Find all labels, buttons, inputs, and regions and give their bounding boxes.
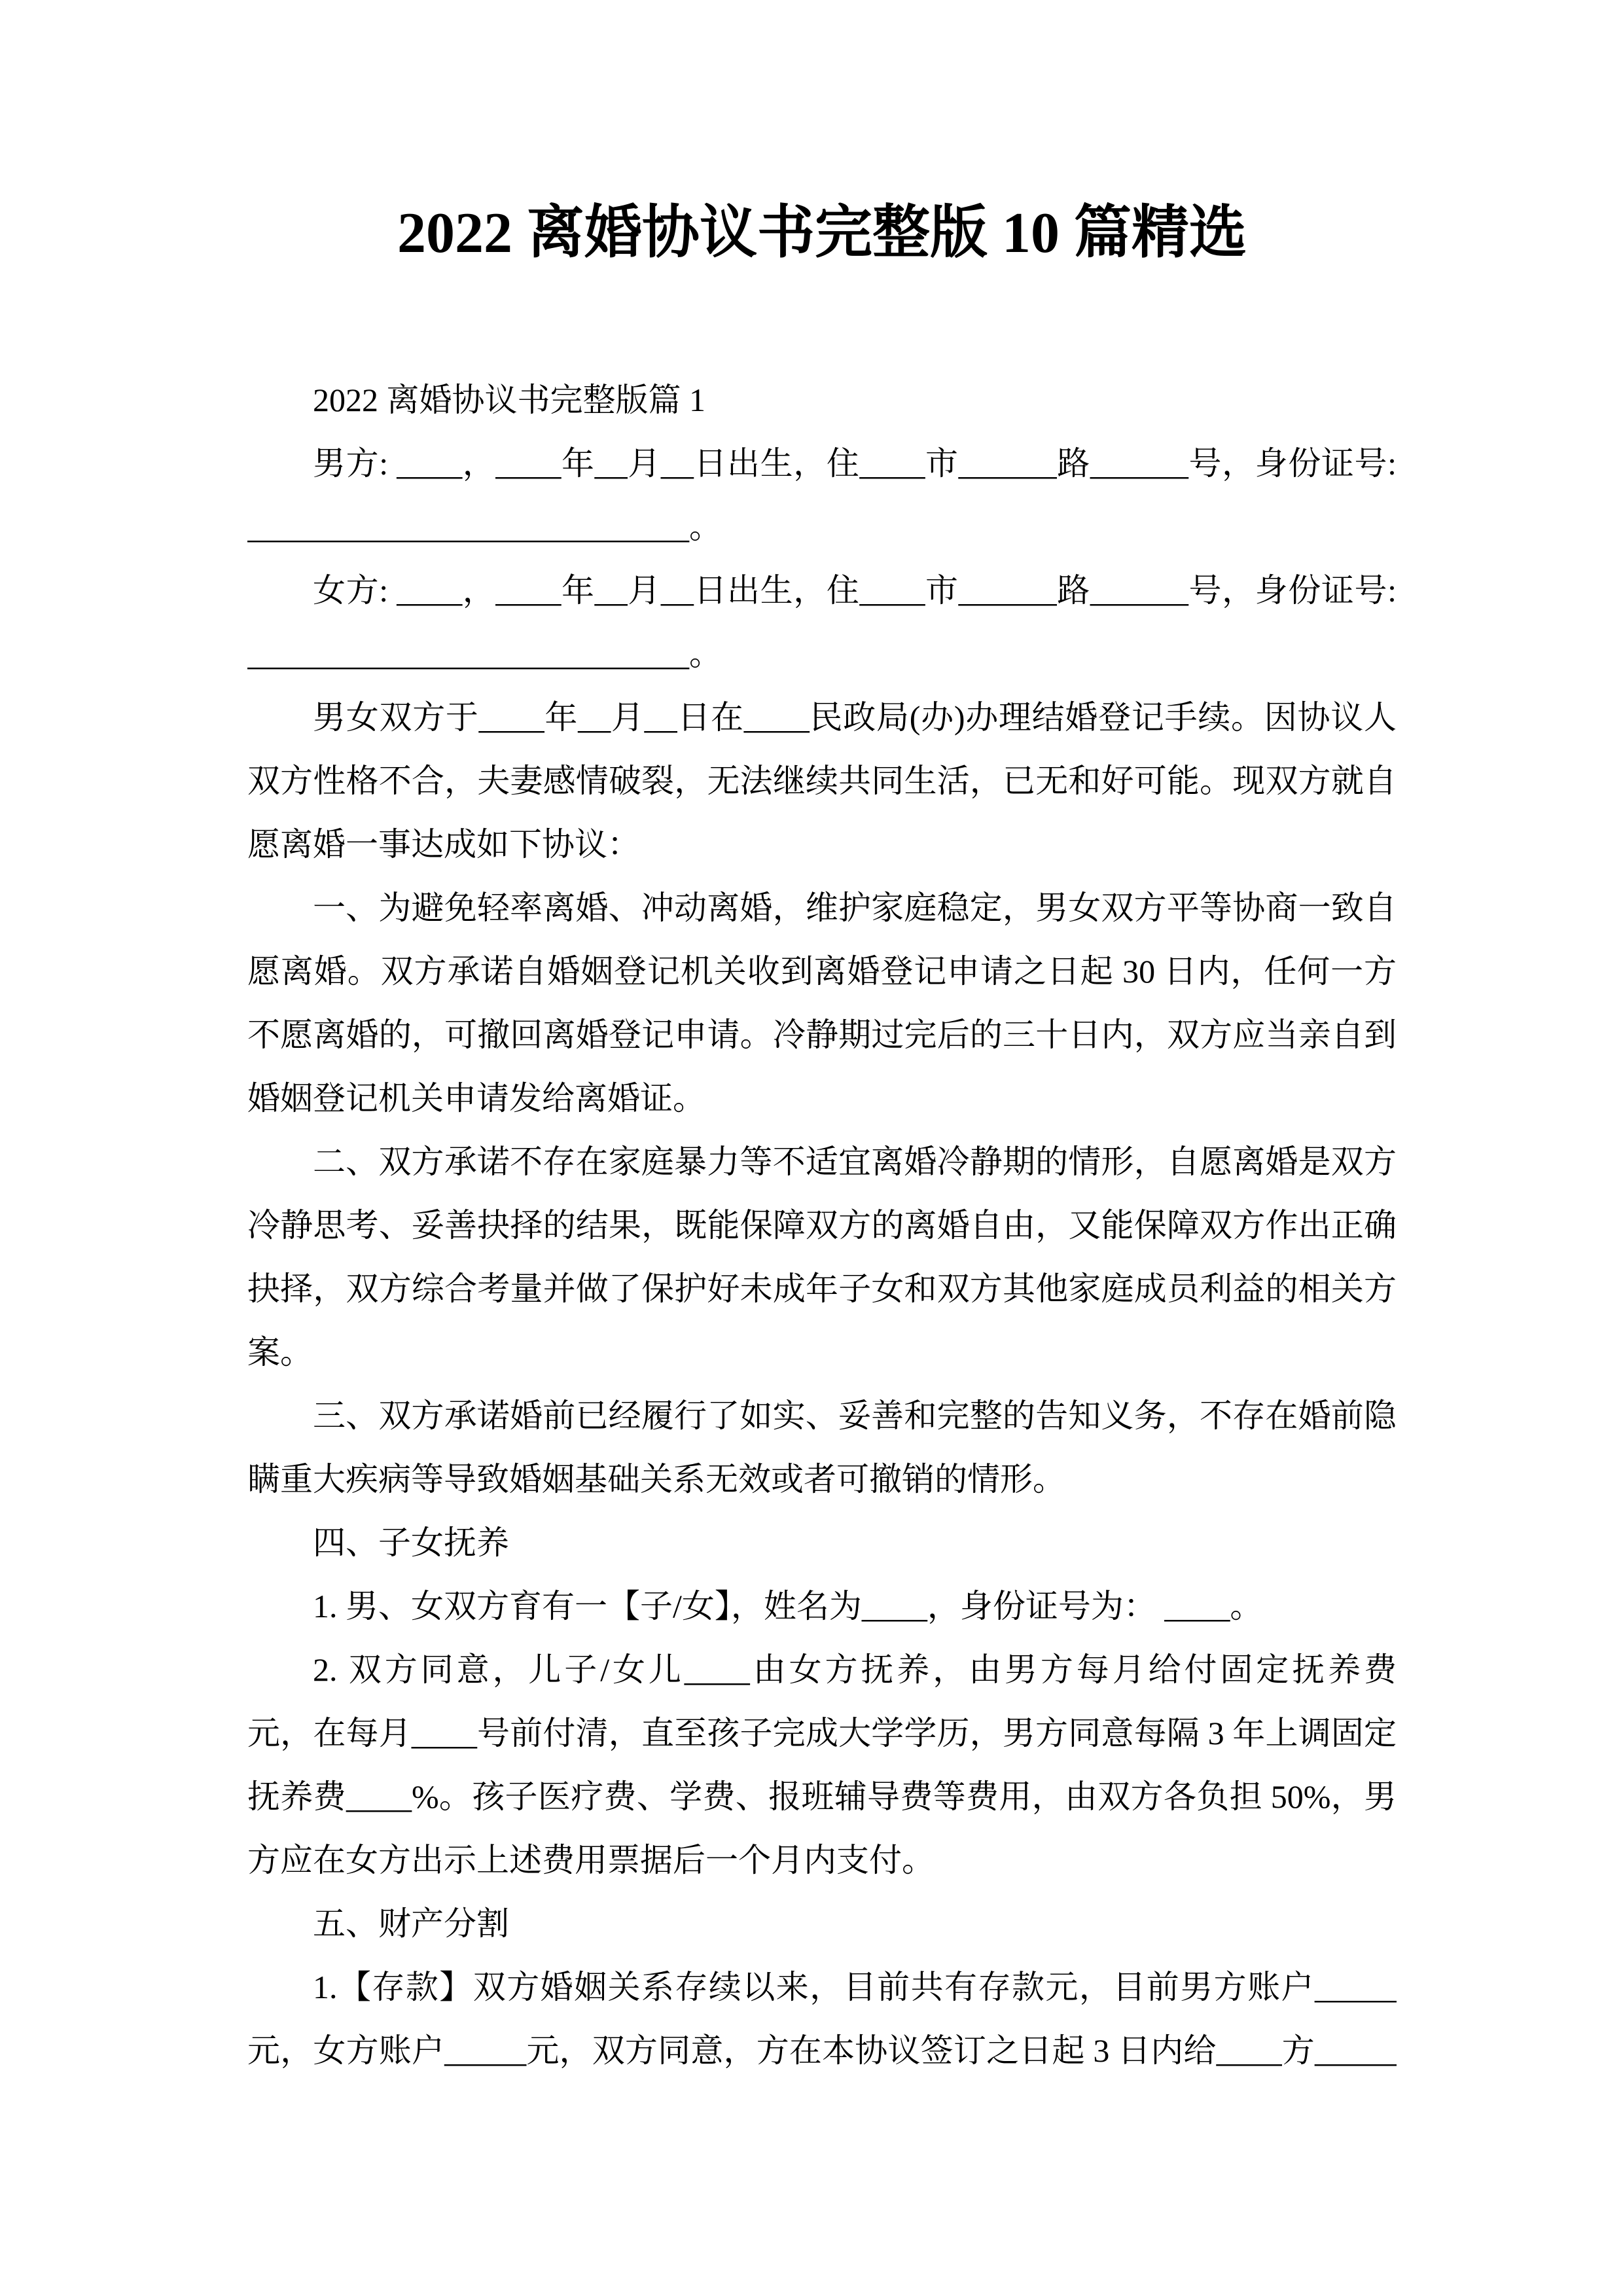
text-line-21: 2. 双方同意，儿子/女儿____由女方抚养，由男方每月给付固定抚养费_____… (247, 1638, 1397, 1702)
text-line-24: 方应在女方出示上述费用票据后一个月内支付。 (247, 1829, 1397, 1892)
text-line-14: 冷静思考、妥善抉择的结果，既能保障双方的离婚自由，又能保障双方作出正确 (247, 1194, 1397, 1257)
text-line-23: 抚养费____%。孩子医疗费、学费、报班辅导费等费用，由双方各负担 50%，男 (247, 1765, 1397, 1829)
text-line-11: 不愿离婚的，可撤回离婚登记申请。冷静期过完后的三十日内，双方应当亲自到 (247, 1003, 1397, 1067)
text-line-16: 案。 (247, 1321, 1397, 1384)
text-line-25: 五、财产分割 (247, 1892, 1397, 1956)
text-line-6: 男女双方于____年__月__日在____民政局(办)办理结婚登记手续。因协议人 (247, 686, 1397, 749)
document-page: 2022 离婚协议书完整版 10 篇精选 2022 离婚协议书完整版篇 1男方:… (0, 0, 1623, 2296)
text-line-4: 女方: ____，____年__月__日出生，住____市______路____… (247, 559, 1397, 622)
text-line-3: ___________________________。 (247, 495, 1397, 559)
text-line-15: 抉择，双方综合考量并做了保护好未成年子女和双方其他家庭成员利益的相关方 (247, 1257, 1397, 1321)
text-line-27: 元，女方账户_____元，双方同意，方在本协议签订之日起 3 日内给____方_… (247, 2019, 1397, 2083)
text-line-17: 三、双方承诺婚前已经履行了如实、妥善和完整的告知义务，不存在婚前隐 (247, 1384, 1397, 1448)
text-line-12: 婚姻登记机关申请发给离婚证。 (247, 1067, 1397, 1130)
document-title: 2022 离婚协议书完整版 10 篇精选 (247, 191, 1397, 276)
text-line-5: ___________________________。 (247, 622, 1397, 686)
text-line-13: 二、双方承诺不存在家庭暴力等不适宜离婚冷静期的情形，自愿离婚是双方 (247, 1130, 1397, 1194)
text-line-10: 愿离婚。双方承诺自婚姻登记机关收到离婚登记申请之日起 30 日内，任何一方 (247, 940, 1397, 1003)
text-line-8: 愿离婚一事达成如下协议： (247, 813, 1397, 876)
text-line-22: 元，在每月____号前付清，直至孩子完成大学学历，男方同意每隔 3 年上调固定 (247, 1702, 1397, 1765)
text-line-7: 双方性格不合，夫妻感情破裂，无法继续共同生活，已无和好可能。现双方就自 (247, 749, 1397, 813)
text-line-9: 一、为避免轻率离婚、冲动离婚，维护家庭稳定，男女双方平等协商一致自 (247, 876, 1397, 940)
text-line-18: 瞒重大疾病等导致婚姻基础关系无效或者可撤销的情形。 (247, 1448, 1397, 1511)
text-line-19: 四、子女抚养 (247, 1511, 1397, 1575)
text-line-26: 1.【存款】双方婚姻关系存续以来，目前共有存款元，目前男方账户_____ (247, 1956, 1397, 2019)
text-line-20: 1. 男、女双方育有一【子/女】，姓名为____，身份证号为： ____。 (247, 1575, 1397, 1638)
text-line-1: 2022 离婚协议书完整版篇 1 (247, 368, 1397, 432)
text-line-2: 男方: ____，____年__月__日出生，住____市______路____… (247, 432, 1397, 495)
document-body: 2022 离婚协议书完整版篇 1男方: ____，____年__月__日出生，住… (247, 368, 1397, 2083)
